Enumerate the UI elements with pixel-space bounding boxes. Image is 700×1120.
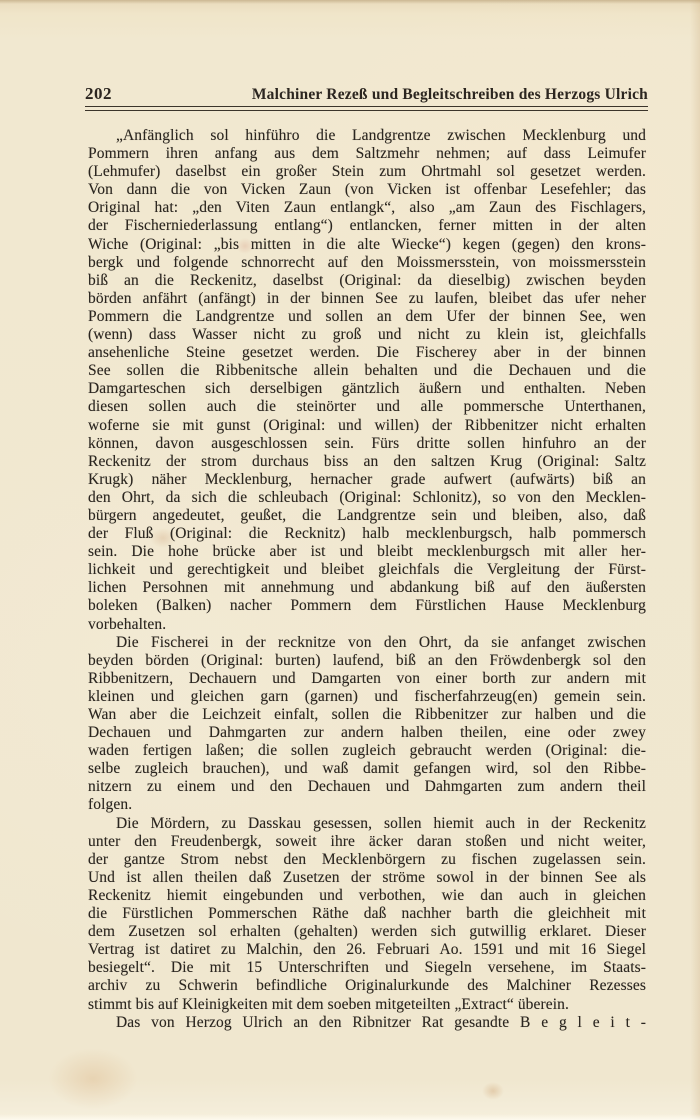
text-line: Pommern die Landgrentze und sollen an de… bbox=[88, 308, 646, 326]
text-line: Vertrag ist datiret zu Malchin, den 26. … bbox=[88, 941, 646, 959]
header-rule bbox=[85, 106, 648, 111]
text-line: Und ist allen theilen daß Zusetzen der s… bbox=[88, 869, 646, 887]
text-line: bergk und folgende schnorrecht auf den M… bbox=[88, 254, 646, 272]
text-line: dem Zusetzen sol erhalten (gehalten) wer… bbox=[88, 923, 646, 941]
text-line: diesen sollen auch die steinörter und al… bbox=[88, 398, 646, 416]
text-line: biß an die Reckenitz, daselbst (Original… bbox=[88, 272, 646, 290]
text-line: Krugk) näher Mecklenburg, hernacher grad… bbox=[88, 471, 646, 489]
text-line: die Fürstlichen Pommerschen Räthe daß na… bbox=[88, 905, 646, 923]
text-line: lichkeit und gerechtigkeit und bleibet g… bbox=[88, 561, 646, 579]
paper-stain bbox=[482, 1082, 504, 1100]
text-line: Reckenitz der strom durchaus biss an den… bbox=[88, 453, 646, 471]
page-header: 202 Malchiner Rezeß und Begleitschreiben… bbox=[85, 84, 648, 104]
text-line: kleinen und gleichen garn (garnen) und f… bbox=[88, 688, 646, 706]
text-line: Von dann die von Vicken Zaun (von Vicken… bbox=[88, 181, 646, 199]
scan-edge-top bbox=[0, 0, 700, 4]
text-line: See sollen die Ribbenitsche allein behal… bbox=[88, 362, 646, 380]
text-line: nitzern zu einem und den Dechauen und Da… bbox=[88, 778, 646, 796]
text-line: können, davon ausgeschlossen sein. Fürs … bbox=[88, 435, 646, 453]
text-line: der Fischerniederlassung entlang“) entla… bbox=[88, 217, 646, 235]
text-line: Damgarteschen sich derselbigen gäntzlich… bbox=[88, 380, 646, 398]
text-line: Dechauen und Dahmgarten zur andern halbe… bbox=[88, 724, 646, 742]
text-line: unter den Freudenbergk, soweit ihre äcke… bbox=[88, 833, 646, 851]
page-number: 202 bbox=[85, 84, 112, 104]
body-text: „Anfänglich sol hinführo die Landgrentze… bbox=[88, 127, 646, 1032]
text-line: (wenn) dass Wasser nicht zu groß und nic… bbox=[88, 326, 646, 344]
text-line: selbe zugleich brauchen), und waß damit … bbox=[88, 760, 646, 778]
text-line: börden anfährt (anfängt) in der binnen S… bbox=[88, 290, 646, 308]
text-line: stimmt bis auf Kleinigkeiten mit dem soe… bbox=[88, 996, 646, 1014]
text-line: den Ohrt, da sich die schleubach (Origin… bbox=[88, 489, 646, 507]
text-line: beyden börden (Original: burten) laufend… bbox=[88, 652, 646, 670]
text-line: woferne sie mit gunst (Original: und wil… bbox=[88, 417, 646, 435]
text-line: sein. Die hohe brücke aber ist und bleib… bbox=[88, 543, 646, 561]
paper-stain bbox=[48, 1048, 138, 1110]
text-line: Die Mördern, zu Dasskau gesessen, sollen… bbox=[88, 815, 646, 833]
text-line: waden fertigen laßen; die sollen zugleic… bbox=[88, 742, 646, 760]
text-line: der Fluß (Original: die Recknitz) halb m… bbox=[88, 525, 646, 543]
text-line: Pommern ihren anfang aus dem Saltzmehr n… bbox=[88, 145, 646, 163]
text-line: Ribbenitzern, Dechauern und Damgarten vo… bbox=[88, 670, 646, 688]
text-line: Das von Herzog Ulrich an den Ribnitzer R… bbox=[88, 1014, 646, 1032]
scan-edge-bottom bbox=[0, 1114, 700, 1120]
text-line: Original hat: „den Viten Zaun entlangk“,… bbox=[88, 199, 646, 217]
text-line: Reckenitz hiemit eingebunden und verboth… bbox=[88, 887, 646, 905]
text-line: folgen. bbox=[88, 796, 646, 814]
text-line: Die Fischerei in der recknitze von den O… bbox=[88, 634, 646, 652]
text-line: (Lehmufer) daselbst ein großer Stein zum… bbox=[88, 163, 646, 181]
text-line: archiv zu Schwerin befindliche Originalu… bbox=[88, 977, 646, 995]
text-line: boleken (Balken) nacher Pommern dem Fürs… bbox=[88, 597, 646, 615]
text-line: Wiche (Original: „bis mitten in die alte… bbox=[88, 236, 646, 254]
text-line: Wan aber die Leichzeit einfalt, sollen d… bbox=[88, 706, 646, 724]
running-title: Malchiner Rezeß und Begleitschreiben des… bbox=[252, 86, 648, 104]
book-page: 202 Malchiner Rezeß und Begleitschreiben… bbox=[0, 0, 700, 1120]
text-line: besiegelt“. Die mit 15 Unterschriften un… bbox=[88, 959, 646, 977]
text-line: der gantze Strom nebst den Mecklenbörger… bbox=[88, 851, 646, 869]
text-line: „Anfänglich sol hinführo die Landgrentze… bbox=[88, 127, 646, 145]
scan-edge-right bbox=[690, 0, 700, 1120]
text-line: vorbehalten. bbox=[88, 616, 646, 634]
text-line: lichen Persohnen mit annehmung und abdan… bbox=[88, 579, 646, 597]
text-line: bürgern angedeutet, geußet, die Landgren… bbox=[88, 507, 646, 525]
text-line: ansehenliche Steine gesetzet werden. Die… bbox=[88, 344, 646, 362]
